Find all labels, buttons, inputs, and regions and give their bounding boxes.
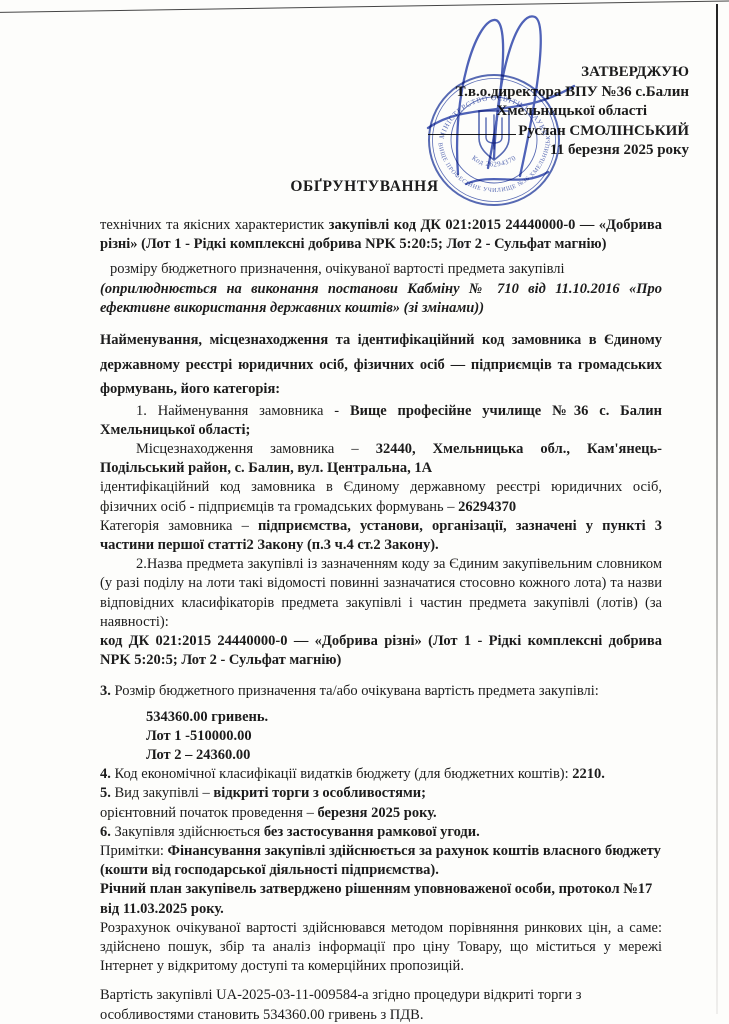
paragraph: Примітки: Фінансування закупівлі здійсню… <box>100 842 662 880</box>
paragraph-segment: розміру бюджетного призначення, очікуван… <box>110 261 565 277</box>
paragraph: 4. Код економічної класифікації видатків… <box>100 765 662 784</box>
paragraph-segment: 534360.00 гривень. <box>146 709 268 725</box>
paragraph-segment: (оприлюднюється на виконання постанови К… <box>100 281 662 316</box>
paragraph-segment: 3. <box>100 683 111 699</box>
paragraph: 3. Розмір бюджетного призначення та/або … <box>100 682 662 701</box>
paragraph-segment: Розрахунок очікуваної вартості здійснюва… <box>100 920 662 974</box>
paragraph: 534360.00 гривень. <box>100 708 662 727</box>
document-body: технічних та якісних характеристик закуп… <box>100 216 662 1024</box>
paragraph: Вартість закупівлі UA-2025-03-11-009584-… <box>100 986 662 1024</box>
paragraph: код ДК 021:2015 24440000-0 — «Добрива рі… <box>100 632 662 670</box>
paragraph-segment: Лот 1 -510000.00 <box>146 728 252 744</box>
handwritten-signature <box>406 6 602 211</box>
paragraph: Найменування, місцезнаходження та іденти… <box>100 328 662 402</box>
paragraph: Лот 1 -510000.00 <box>100 727 662 746</box>
paragraph-segment: Розмір бюджетного призначення та/або очі… <box>111 683 599 699</box>
paragraph-segment: Вартість закупівлі UA-2025-03-11-009584-… <box>100 987 581 1022</box>
paragraph-segment: Вид закупівлі – <box>111 785 214 801</box>
document-title: ОБҐРУНТУВАННЯ <box>0 178 729 196</box>
scan-edge-right <box>716 4 718 1014</box>
paragraph: орієнтовний початок проведення – березня… <box>100 804 662 823</box>
paragraph-segment: 4. <box>100 766 111 782</box>
paragraph-segment: Фінансування закупівлі здійснюється за р… <box>100 843 661 878</box>
paragraph-segment: технічних та якісних характеристик <box>100 217 329 233</box>
paragraph-segment: Річний план закупівель затверджено рішен… <box>100 881 652 916</box>
paragraph-segment: ідентифікаційний код замовника в Єдиному… <box>100 479 662 514</box>
paragraph-segment: 6. <box>100 824 111 840</box>
paragraph-segment: орієнтовний початок проведення – <box>100 805 317 821</box>
paragraph: Лот 2 – 24360.00 <box>100 746 662 765</box>
paragraph-segment: 2210. <box>572 766 605 782</box>
paragraph-segment: 2.Назва предмета закупівлі із зазначення… <box>100 556 662 630</box>
paragraph-segment: Код економічної класифікації видатків бю… <box>111 766 572 782</box>
paragraph-segment: Категорія замовника – <box>100 518 258 534</box>
paragraph: Категорія замовника – підприємства, уста… <box>100 517 662 555</box>
paragraph-segment: березня 2025 року. <box>317 805 436 821</box>
paragraph: 5. Вид закупівлі – відкриті торги з особ… <box>100 784 662 803</box>
scan-edge-top <box>0 0 729 13</box>
scanned-document-page: ЗАТВЕРДЖУЮ Т.в.о.директора ВПУ №36 с.Бал… <box>0 0 729 1024</box>
paragraph: технічних та якісних характеристик закуп… <box>100 216 662 254</box>
paragraph-segment: Закупівля здійснюється <box>111 824 264 840</box>
paragraph: розміру бюджетного призначення, очікуван… <box>100 260 662 279</box>
paragraph-segment: відкриті торги з особливостями; <box>213 785 426 801</box>
paragraph-segment: Місцезнаходження замовника – <box>136 441 376 457</box>
paragraph: Місцезнаходження замовника – 32440, Хмел… <box>100 440 662 478</box>
paragraph-segment: без застосування рамкової угоди. <box>264 824 480 840</box>
paragraph-segment: Примітки: <box>100 843 167 859</box>
paragraph: Розрахунок очікуваної вартості здійснюва… <box>100 919 662 977</box>
paragraph-segment: Найменування, місцезнаходження та іденти… <box>100 332 662 397</box>
paragraph-segment: код ДК 021:2015 24440000-0 — «Добрива рі… <box>100 633 662 668</box>
paragraph-segment: 26294370 <box>458 499 516 515</box>
paragraph: ідентифікаційний код замовника в Єдиному… <box>100 478 662 516</box>
paragraph: 2.Назва предмета закупівлі із зазначення… <box>100 555 662 632</box>
paragraph-segment: Лот 2 – 24360.00 <box>146 747 250 763</box>
paragraph: 6. Закупівля здійснюється без застосуван… <box>100 823 662 842</box>
paragraph-segment: 5. <box>100 785 111 801</box>
paragraph: (оприлюднюється на виконання постанови К… <box>100 280 662 318</box>
paragraph: 1. Найменування замовника - Вище професі… <box>100 402 662 440</box>
paragraph: Річний план закупівель затверджено рішен… <box>100 880 662 918</box>
paragraph-segment: 1. Найменування замовника - <box>136 403 350 419</box>
